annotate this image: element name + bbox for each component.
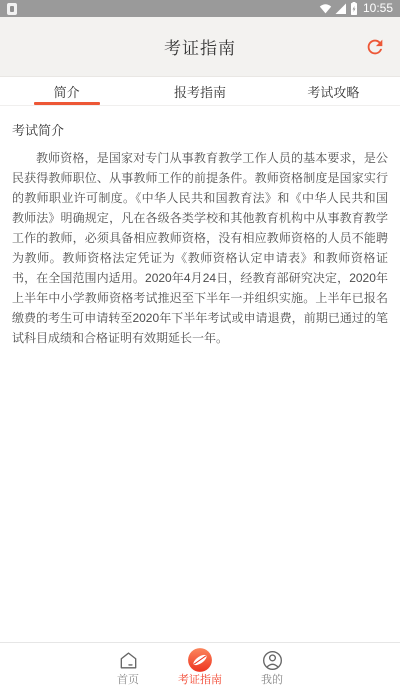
- nav-item-home[interactable]: 首页: [92, 647, 164, 686]
- tab-application-guide[interactable]: 报考指南: [133, 77, 266, 105]
- active-tab-underline: [34, 102, 100, 105]
- page-title: 考证指南: [164, 34, 236, 59]
- nav-item-profile[interactable]: 我的: [236, 647, 308, 686]
- tab-exam-strategy[interactable]: 考试攻略: [267, 77, 400, 105]
- nav-profile-label: 我的: [261, 674, 283, 686]
- cellular-signal-icon: [335, 3, 347, 14]
- nav-guide-label: 考证指南: [178, 674, 222, 686]
- app-notification-icon: [7, 3, 17, 15]
- section-heading: 考试简介: [12, 120, 388, 139]
- wifi-icon: [319, 3, 332, 14]
- tab-intro[interactable]: 简介: [0, 77, 133, 105]
- refresh-icon[interactable]: [363, 35, 387, 59]
- status-time: 10:55: [363, 0, 393, 17]
- tab-intro-label: 简介: [54, 82, 80, 101]
- tab-application-guide-label: 报考指南: [174, 82, 226, 101]
- tab-bar: 简介 报考指南 考试攻略: [0, 77, 400, 106]
- guide-pen-icon: [187, 647, 213, 673]
- nav-home-label: 首页: [117, 674, 139, 686]
- page-header: 考证指南: [0, 17, 400, 77]
- tab-exam-strategy-label: 考试攻略: [307, 82, 359, 101]
- bottom-nav: 首页 考证指南: [0, 642, 400, 690]
- nav-item-guide[interactable]: 考证指南: [164, 647, 236, 686]
- app-screen: 10:55 考证指南 简介 报考指南 考试攻略 考试简介 教师资格，是国家对专门…: [0, 0, 400, 690]
- home-icon: [117, 647, 140, 673]
- intro-paragraph: 教师资格，是国家对专门从事教育教学工作人员的基本要求，是公民获得教师职位、从事教…: [12, 148, 388, 348]
- battery-charging-icon: [350, 2, 358, 15]
- content-area: 考试简介 教师资格，是国家对专门从事教育教学工作人员的基本要求，是公民获得教师职…: [0, 106, 400, 642]
- status-bar: 10:55: [0, 0, 400, 17]
- profile-icon: [261, 647, 284, 673]
